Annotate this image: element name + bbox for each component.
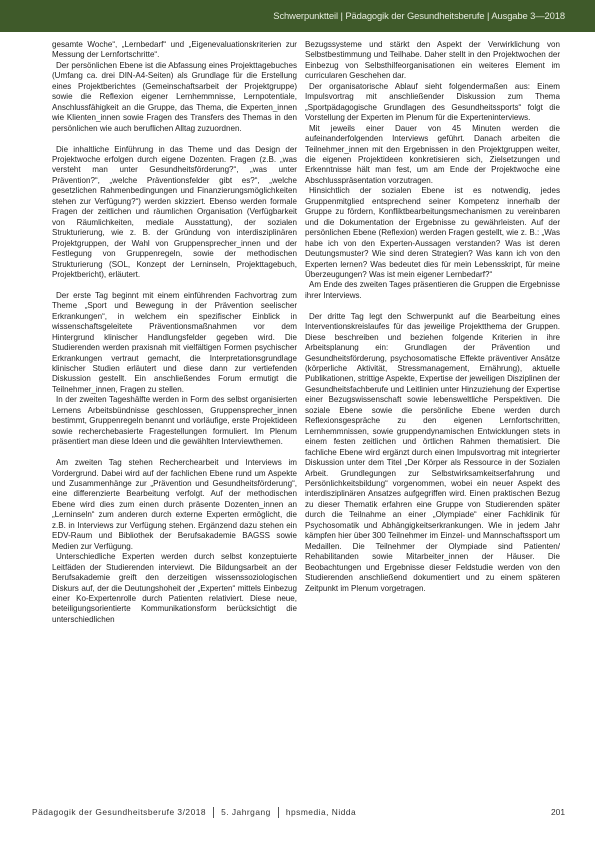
footer-divider	[213, 807, 214, 818]
footer-divider	[278, 807, 279, 818]
paragraph: Hinsichtlich der sozialen Ebene ist es n…	[305, 186, 560, 280]
running-header-title: Schwerpunktteil | Pädagogik der Gesundhe…	[273, 10, 565, 21]
left-column: gesamte Woche“, „Lernbedarf“ und „Eigene…	[52, 40, 297, 625]
header-bar: Schwerpunktteil | Pädagogik der Gesundhe…	[0, 0, 595, 32]
right-column: Bezugssysteme und stärkt den Aspekt der …	[305, 40, 560, 594]
paragraph: Der organisatorische Ablauf sieht folgen…	[305, 82, 560, 124]
footer-publisher: hpsmedia, Nidda	[286, 807, 356, 817]
page-number: 201	[551, 807, 565, 817]
paragraph: Unterschiedliche Experten werden durch s…	[52, 552, 297, 625]
paragraph: In der zweiten Tageshälfte werden in For…	[52, 395, 297, 447]
footer-volume: 5. Jahrgang	[221, 807, 271, 817]
paragraph: Der persönlichen Ebene ist die Abfassung…	[52, 61, 297, 134]
paragraph: gesamte Woche“, „Lernbedarf“ und „Eigene…	[52, 40, 297, 61]
paragraph: Mit jeweils einer Dauer von 45 Minuten w…	[305, 124, 560, 187]
paragraph: Der dritte Tag legt den Schwerpunkt auf …	[305, 312, 560, 594]
paragraph: Am zweiten Tag stehen Recherchearbeit un…	[52, 458, 297, 552]
paragraph: Der erste Tag beginnt mit einem einführe…	[52, 291, 297, 396]
paragraph: Am Ende des zweiten Tages präsentieren d…	[305, 280, 560, 301]
paragraph: Die inhaltliche Einführung in das Theme …	[52, 145, 297, 281]
footer-journal: Pädagogik der Gesundheitsberufe 3/2018	[32, 807, 206, 817]
paragraph: Bezugssysteme und stärkt den Aspekt der …	[305, 40, 560, 82]
page-footer: Pädagogik der Gesundheitsberufe 3/20185.…	[32, 807, 565, 818]
